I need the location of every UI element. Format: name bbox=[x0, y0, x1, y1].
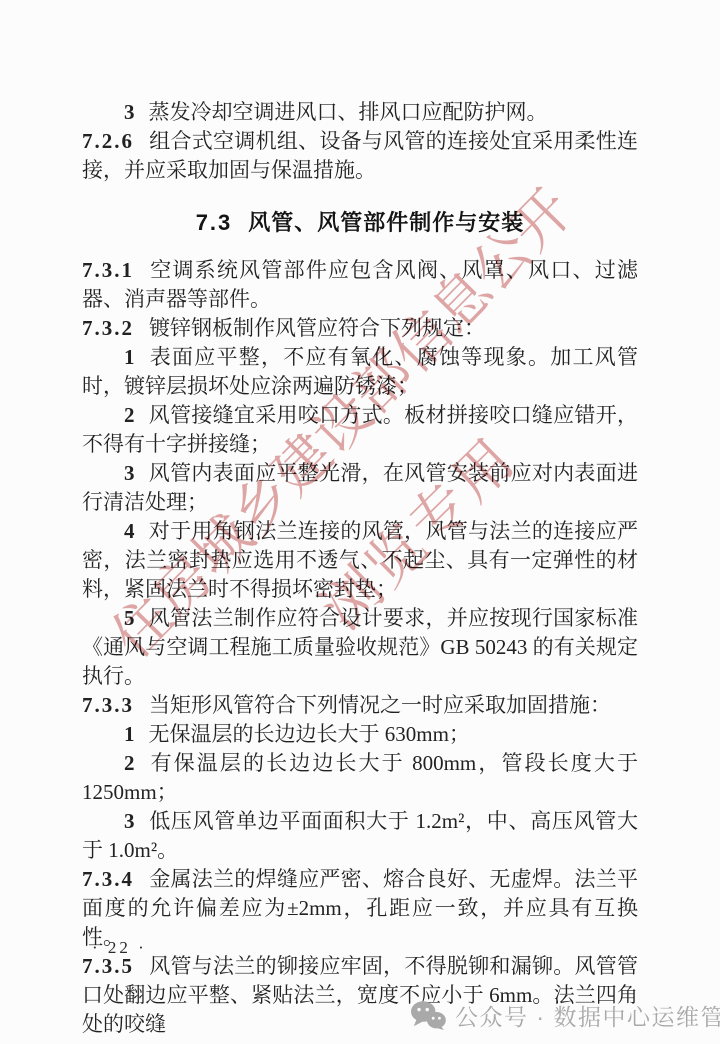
clause-text: 金属法兰的焊缝应严密、熔合良好、无虚焊。法兰平面度的允许偏差应为±2mm，孔距应… bbox=[82, 867, 638, 949]
section-number: 7.3 bbox=[196, 210, 233, 235]
clause-text: 空调系统风管部件应包含风阀、风罩、风口、过滤器、消声器等部件。 bbox=[82, 258, 638, 311]
wechat-account-label: 公众号 · 数据中心运维管理 bbox=[455, 999, 720, 1032]
clause-text: 低压风管单边平面面积大于 1.2m²，中、高压风管大于 1.0m²。 bbox=[82, 809, 638, 862]
clause-paragraph: 3低压风管单边平面面积大于 1.2m²，中、高压风管大于 1.0m²。 bbox=[82, 807, 638, 865]
clause-paragraph: 7.3.4金属法兰的焊缝应严密、熔合良好、无虚焊。法兰平面度的允许偏差应为±2m… bbox=[82, 865, 638, 952]
clause-number: 3 bbox=[124, 100, 135, 124]
clause-paragraph: 7.2.6组合式空调机组、设备与风管的连接处宜采用柔性连接，并应采取加固与保温措… bbox=[82, 127, 638, 185]
clause-paragraph: 7.3.3当矩形风管符合下列情况之一时应采取加固措施： bbox=[82, 691, 638, 720]
clause-paragraph: 3蒸发冷却空调进风口、排风口应配防护网。 bbox=[82, 98, 638, 127]
clause-number: 3 bbox=[124, 461, 135, 485]
clause-paragraph: 1表面应平整，不应有氧化、腐蚀等现象。加工风管时，镀锌层损坏处应涂两遍防锈漆； bbox=[82, 343, 638, 401]
clause-text: 蒸发冷却空调进风口、排风口应配防护网。 bbox=[149, 100, 548, 124]
clause-number: 3 bbox=[124, 809, 135, 833]
clause-number: 7.2.6 bbox=[82, 129, 134, 153]
section-heading: 7.3风管、风管部件制作与安装 bbox=[82, 207, 638, 239]
clause-paragraph: 2风管接缝宜采用咬口方式。板材拼接咬口缝应错开，不得有十字拼接缝； bbox=[82, 401, 638, 459]
clause-text: 无保温层的长边边长大于 630mm； bbox=[149, 722, 470, 746]
clause-number: 1 bbox=[124, 722, 135, 746]
scanned-standard-page: { "document": { "heading": { "number": "… bbox=[0, 0, 720, 1044]
clause-number: 4 bbox=[124, 519, 135, 543]
clause-number: 2 bbox=[124, 751, 135, 775]
clause-paragraph: 2有保温层的长边边长大于 800mm，管段长度大于 1250mm； bbox=[82, 749, 638, 807]
clause-number: 7.3.3 bbox=[82, 693, 134, 717]
clause-number: 2 bbox=[124, 403, 135, 427]
clause-text: 对于用角钢法兰连接的风管，风管与法兰的连接应严密，法兰密封垫应选用不透气、不起尘… bbox=[82, 519, 638, 601]
clause-text: 风管接缝宜采用咬口方式。板材拼接咬口缝应错开，不得有十字拼接缝； bbox=[82, 403, 638, 456]
clause-paragraph: 1无保温层的长边边长大于 630mm； bbox=[82, 720, 638, 749]
clause-text: 组合式空调机组、设备与风管的连接处宜采用柔性连接，并应采取加固与保温措施。 bbox=[82, 129, 638, 182]
wechat-icon bbox=[410, 1000, 446, 1030]
clause-number: 5 bbox=[124, 606, 135, 630]
clause-paragraph: 7.3.1空调系统风管部件应包含风阀、风罩、风口、过滤器、消声器等部件。 bbox=[82, 256, 638, 314]
clause-paragraph: 3风管内表面应平整光滑，在风管安装前应对内表面进行清洁处理； bbox=[82, 459, 638, 517]
clause-number: 7.3.4 bbox=[82, 867, 134, 891]
clause-number: 7.3.2 bbox=[82, 316, 134, 340]
clause-text: 有保温层的长边边长大于 800mm，管段长度大于 1250mm； bbox=[82, 751, 638, 804]
clause-text: 风管法兰制作应符合设计要求，并应按现行国家标准《通风与空调工程施工质量验收规范》… bbox=[82, 606, 638, 688]
clause-number: 7.3.1 bbox=[82, 258, 134, 282]
clause-paragraph: 4对于用角钢法兰连接的风管，风管与法兰的连接应严密，法兰密封垫应选用不透气、不起… bbox=[82, 517, 638, 604]
page-body: 3蒸发冷却空调进风口、排风口应配防护网。 7.2.6组合式空调机组、设备与风管的… bbox=[82, 98, 638, 1039]
clause-text: 镀锌钢板制作风管应符合下列规定： bbox=[149, 316, 485, 340]
clause-paragraph: 5风管法兰制作应符合设计要求，并应按现行国家标准《通风与空调工程施工质量验收规范… bbox=[82, 604, 638, 691]
clause-text: 表面应平整，不应有氧化、腐蚀等现象。加工风管时，镀锌层损坏处应涂两遍防锈漆； bbox=[82, 345, 638, 398]
page-number: · 22 · bbox=[92, 938, 147, 958]
clause-paragraph: 7.3.2镀锌钢板制作风管应符合下列规定： bbox=[82, 314, 638, 343]
clause-number: 1 bbox=[124, 345, 135, 369]
clause-text: 风管内表面应平整光滑，在风管安装前应对内表面进行清洁处理； bbox=[82, 461, 638, 514]
section-title: 风管、风管部件制作与安装 bbox=[248, 210, 524, 235]
clause-text: 当矩形风管符合下列情况之一时应采取加固措施： bbox=[149, 693, 611, 717]
wechat-banner: 公众号 · 数据中心运维管理 bbox=[410, 999, 720, 1031]
